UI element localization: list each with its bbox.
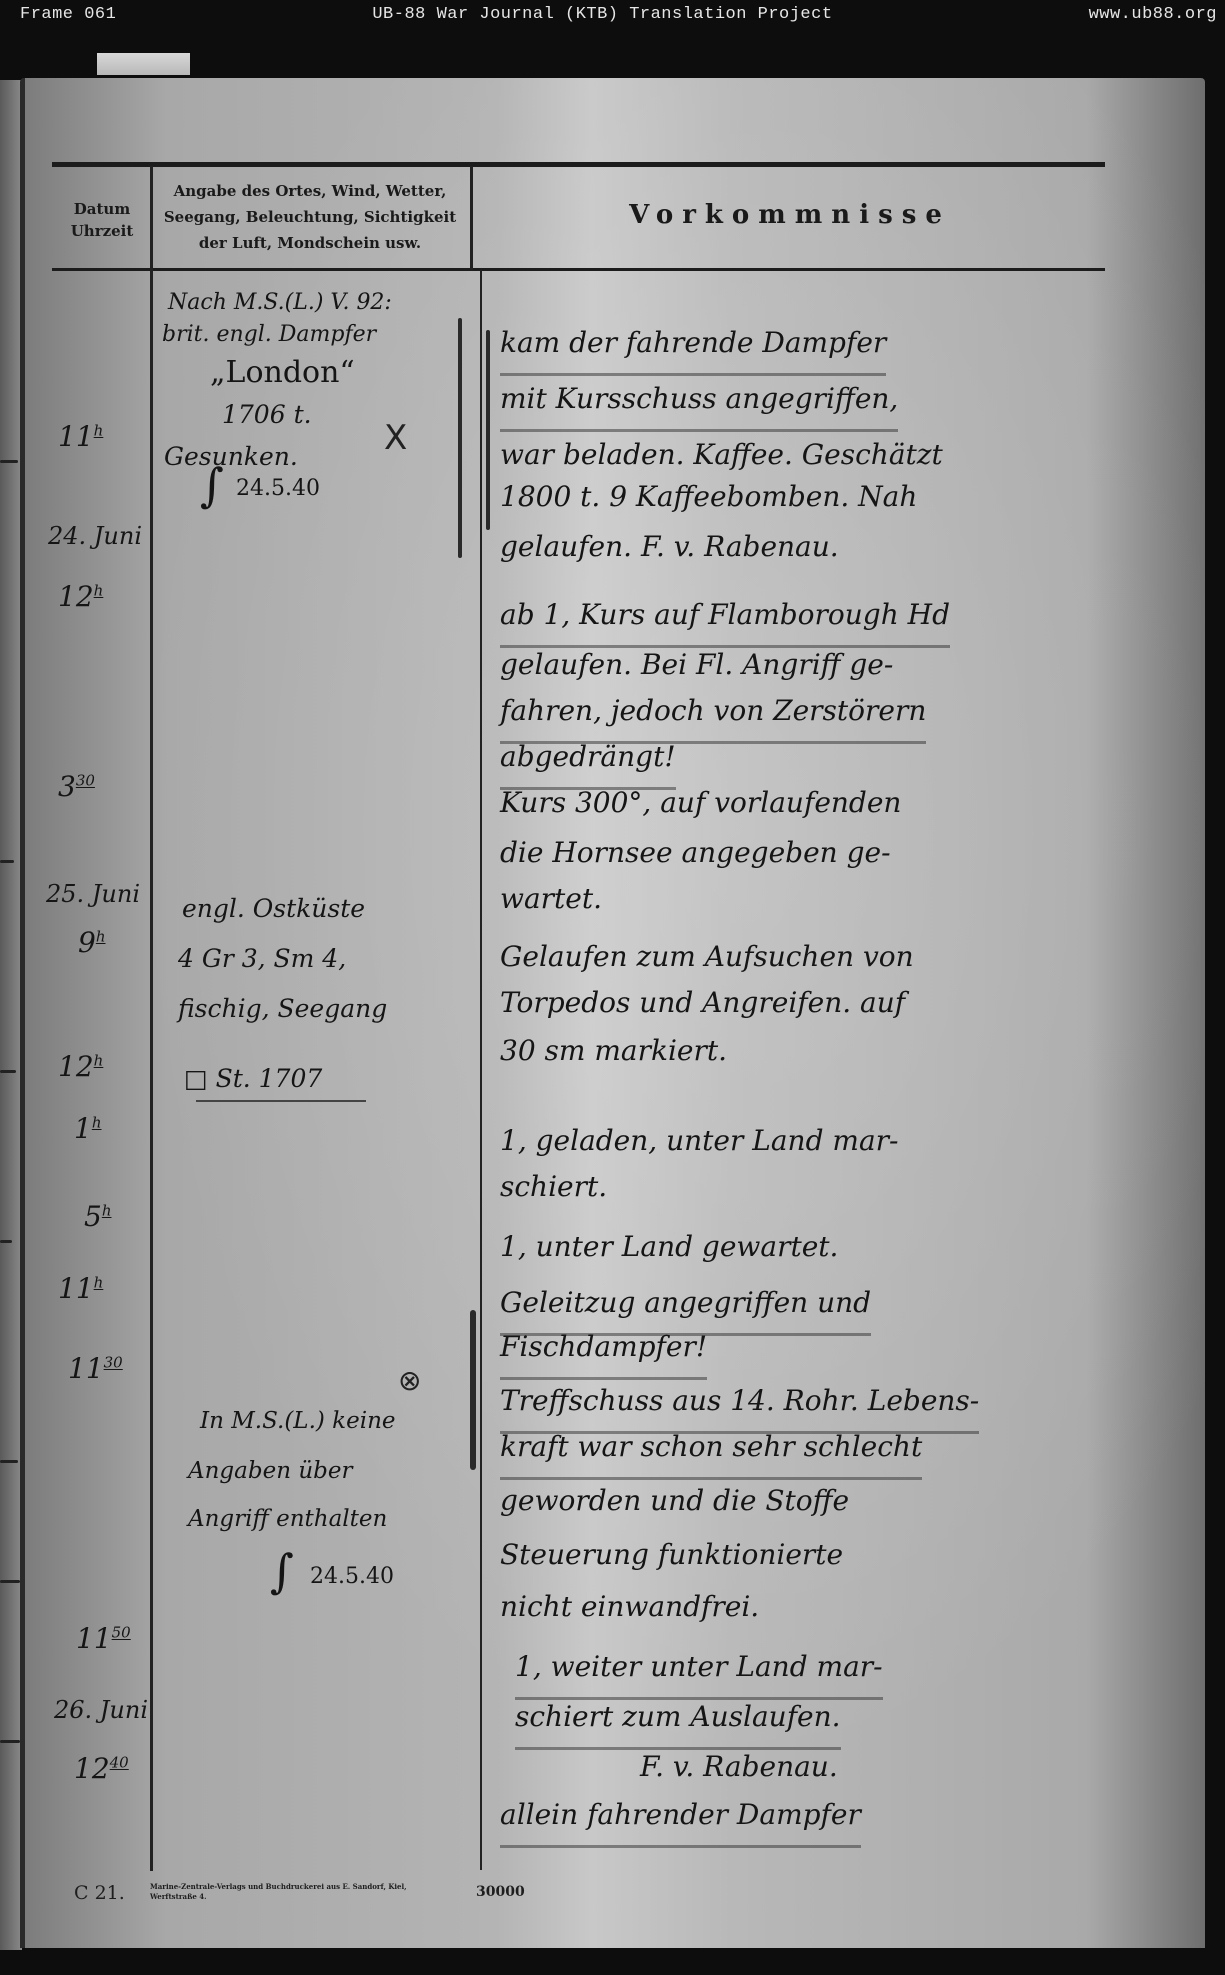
column-divider-2-header [470, 166, 473, 270]
table-top-rule [52, 162, 1105, 167]
overlay-header: Frame 061 UB-88 War Journal (KTB) Transl… [0, 0, 1225, 28]
print-run: 30000 [476, 1884, 525, 1900]
margin-bracket [458, 318, 462, 558]
annotation-line: brit. engl. Dampfer [162, 316, 376, 354]
event-line: wartet. [500, 868, 602, 929]
ink-mark [0, 1460, 18, 1463]
film-tab-marker [97, 53, 190, 75]
time-entry: 11h [58, 1272, 158, 1305]
header-bottom-rule [52, 268, 1105, 271]
time-entry: 12h [58, 1050, 158, 1083]
signature-date: 24.5.40 [310, 1558, 394, 1596]
date-entry: 24. Juni [48, 522, 148, 550]
event-line: schiert. [500, 1156, 607, 1217]
ink-mark [0, 1740, 20, 1743]
event-line: mit Kursschuss angegriffen, [500, 368, 898, 432]
cross-mark: X [384, 418, 407, 458]
website-link: www.ub88.org [1089, 5, 1217, 24]
ink-mark [0, 860, 14, 863]
tonnage: 1706 t. [222, 396, 312, 434]
ink-mark [0, 1580, 20, 1583]
header-events: Vorkommnisse [480, 200, 1100, 230]
time-entry: 1150 [76, 1622, 176, 1655]
event-line: nicht einwandfrei. [500, 1576, 759, 1637]
adjacent-page-edge [0, 80, 22, 1950]
margin-bracket [470, 1310, 476, 1470]
ship-name: „London“ [210, 354, 355, 392]
project-title: UB-88 War Journal (KTB) Translation Proj… [372, 5, 832, 24]
event-line: kam der fahrende Dampfer [500, 312, 886, 376]
time-entry: 1240 [74, 1752, 174, 1785]
time-entry: 9h [78, 926, 178, 959]
event-line: gelaufen. F. v. Rabenau. [500, 516, 839, 577]
ink-mark [0, 1070, 16, 1073]
event-line: 30 sm markiert. [500, 1020, 727, 1081]
date-entry: 25. Juni [46, 880, 146, 908]
event-line: 1, unter Land gewartet. [500, 1216, 838, 1277]
ink-mark [0, 460, 18, 463]
time-entry: 11h [58, 420, 158, 453]
event-line: allein fahrender Dampfer [500, 1784, 861, 1848]
printer-imprint: Marine-Zentrale-Verlags und Buchdruckere… [150, 1882, 440, 1902]
header-date-time: Datum Uhrzeit [56, 198, 148, 242]
annotation-line: Angaben über [188, 1452, 352, 1490]
frame-number: Frame 061 [20, 5, 116, 24]
date-entry: 26. Juni [54, 1696, 154, 1724]
annotation-line: In M.S.(L.) keine [200, 1402, 396, 1440]
annotation-line: Angriff enthalten [188, 1500, 387, 1538]
annotation-line: 4 Gr 3, Sm 4, [178, 940, 346, 978]
column-divider-2 [480, 270, 482, 1870]
annotation-line: engl. Ostküste [182, 890, 365, 928]
event-line: geworden und die Stoffe [500, 1470, 849, 1531]
underline [196, 1100, 366, 1102]
annotation-line: fischig, Seegang [178, 990, 387, 1028]
time-entry: 12h [58, 580, 158, 613]
ink-mark [0, 1240, 12, 1243]
circled-cross-mark: ⊗ [398, 1364, 421, 1397]
signature-icon: ∫ [270, 1552, 294, 1590]
margin-bracket [486, 330, 490, 530]
signature-icon: ∫ [200, 466, 224, 504]
grid-square: □ St. 1707 [184, 1060, 322, 1098]
signature-date: 24.5.40 [236, 470, 320, 508]
time-entry: 1h [74, 1112, 174, 1145]
time-entry: 330 [58, 770, 158, 803]
form-number: C 21. [74, 1882, 125, 1904]
time-entry: 1130 [68, 1352, 168, 1385]
time-entry: 5h [84, 1200, 184, 1233]
header-location-weather: Angabe des Ortes, Wind, Wetter, Seegang,… [152, 178, 468, 256]
